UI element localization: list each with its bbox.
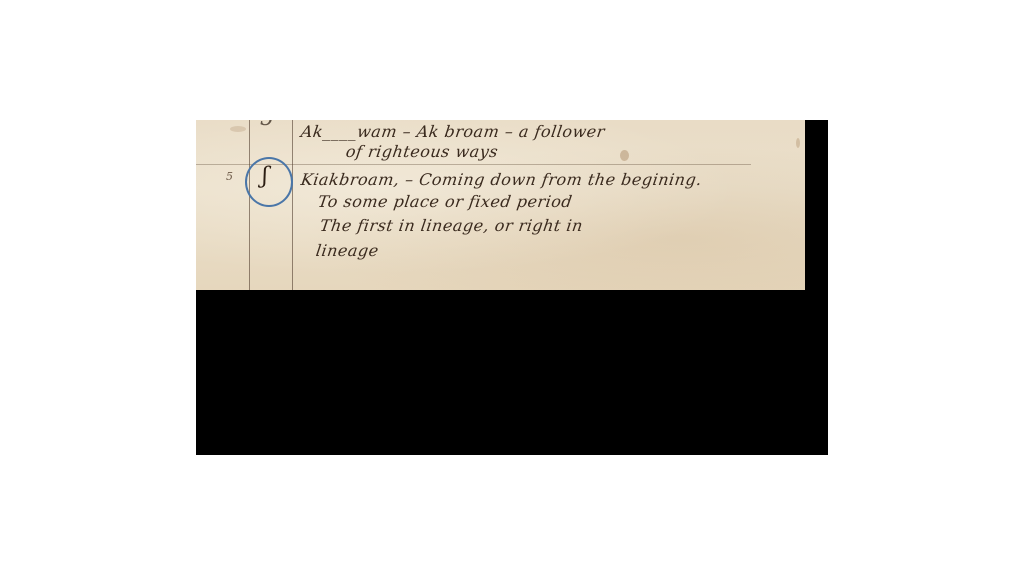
entry-text: – Ak broam – a follower [401, 122, 606, 141]
entry-line: lineage [315, 241, 380, 260]
margin-rule-left [249, 120, 250, 290]
row-number: 5 [226, 170, 233, 183]
manuscript-page: 5 Ak____wam – Ak broam – a follower of r… [196, 120, 805, 290]
entry-line: of righteous ways [345, 142, 500, 161]
entry-line: The first in lineage, or right in [319, 216, 585, 235]
margin-rule-right [292, 120, 293, 290]
struck-text: Ak____wam [300, 122, 399, 141]
ink-stain [620, 150, 629, 161]
entry-line: Kiakbroam, – Coming down from the begini… [300, 170, 704, 189]
paper-stain [230, 126, 246, 132]
annotation-circle [245, 157, 293, 207]
paper-stain [796, 138, 800, 148]
entry-mark: 5 [260, 120, 274, 131]
entry-line: Ak____wam – Ak broam – a follower [300, 122, 607, 141]
document-frame: 5 Ak____wam – Ak broam – a follower of r… [196, 120, 828, 455]
entry-line: To some place or fixed period [317, 192, 574, 211]
entry-mark: ʃ [262, 164, 268, 189]
